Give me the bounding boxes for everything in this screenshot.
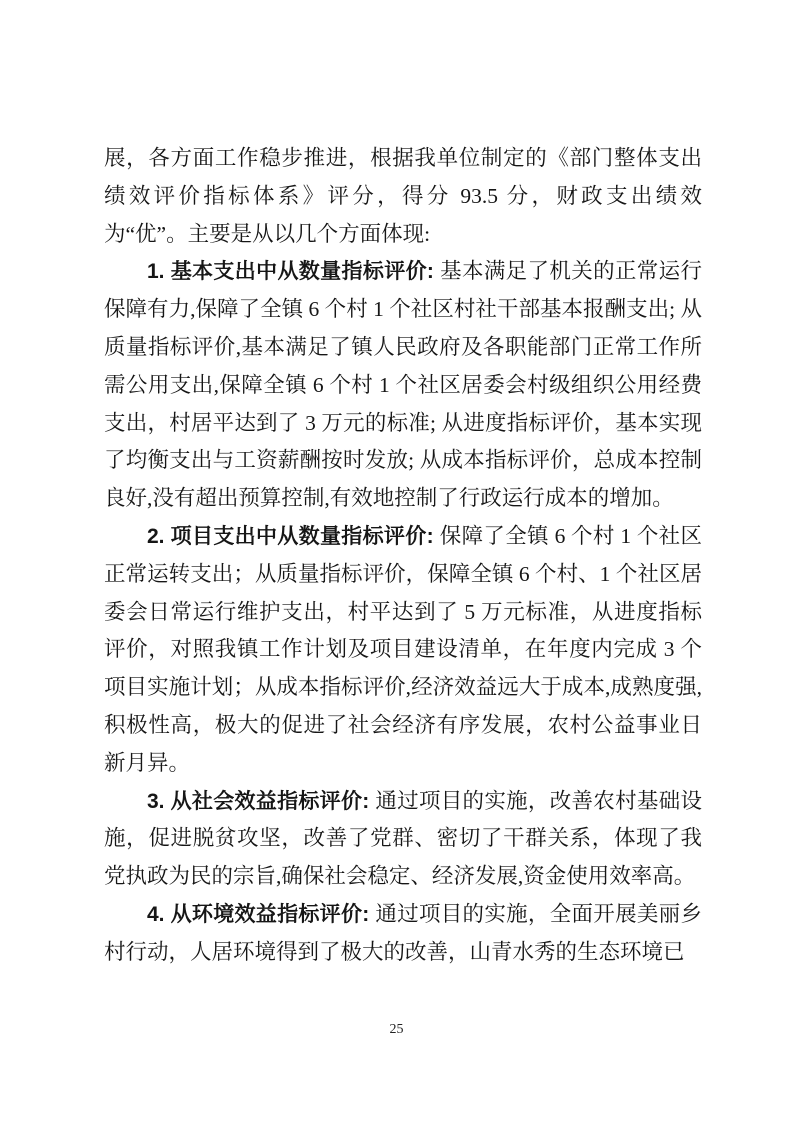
paragraph-text: 基本满足了机关的正常运行保障有力,保障了全镇 6 个村 1 个社区村社干部基本报… [104,259,702,510]
document-page: 展，各方面工作稳步推进，根据我单位制定的《部门整体支出绩效评价指标体系》评分，得… [0,0,793,1122]
page-number: 25 [0,1022,793,1038]
document-body: 展，各方面工作稳步推进，根据我单位制定的《部门整体支出绩效评价指标体系》评分，得… [104,140,702,972]
paragraph-text: 展，各方面工作稳步推进，根据我单位制定的《部门整体支出绩效评价指标体系》评分，得… [104,146,702,246]
paragraph-lead: 1. 基本支出中从数量指标评价: [147,260,440,283]
paragraph-text: 保障了全镇 6 个村 1 个社区正常运转支出；从质量指标评价，保障全镇 6 个村… [104,524,702,775]
paragraph-lead: 4. 从环境效益指标评价: [147,903,375,926]
paragraph-lead: 3. 从社会效益指标评价: [147,790,375,813]
paragraph-lead: 2. 项目支出中从数量指标评价: [147,525,440,548]
paragraph: 展，各方面工作稳步推进，根据我单位制定的《部门整体支出绩效评价指标体系》评分，得… [104,140,702,253]
paragraph: 2. 项目支出中从数量指标评价: 保障了全镇 6 个村 1 个社区正常运转支出；… [104,518,702,783]
paragraph: 4. 从环境效益指标评价: 通过项目的实施，全面开展美丽乡村行动，人居环境得到了… [104,896,702,972]
paragraph: 1. 基本支出中从数量指标评价: 基本满足了机关的正常运行保障有力,保障了全镇 … [104,253,702,518]
paragraph: 3. 从社会效益指标评价: 通过项目的实施，改善农村基础设施，促进脱贫攻坚，改善… [104,783,702,896]
